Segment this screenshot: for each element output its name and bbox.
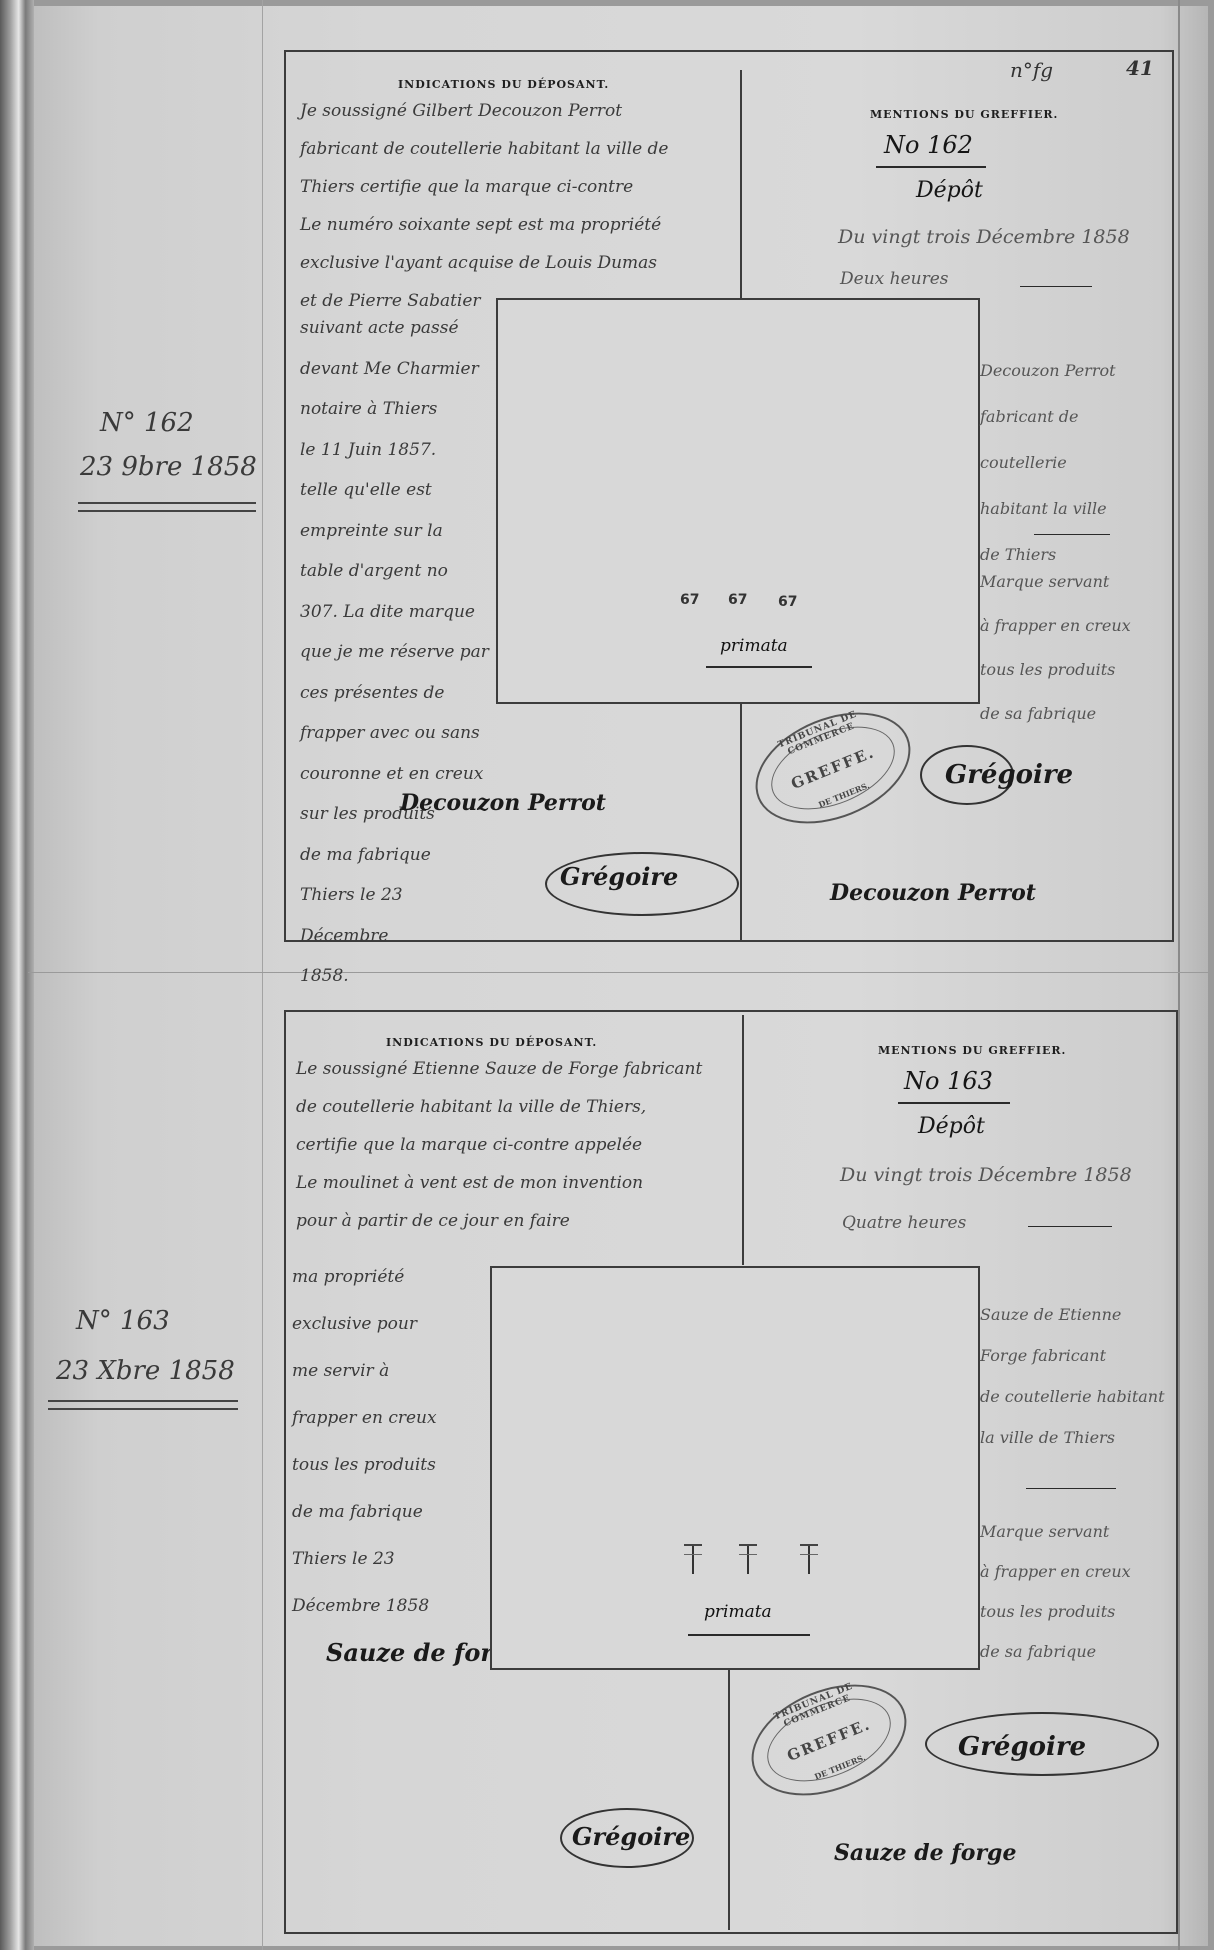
clerk-number-underline	[898, 1102, 1010, 1104]
margin-ref-rule	[78, 502, 256, 512]
trademark-box: primata	[490, 1266, 980, 1670]
clerk-entry-number: No 163	[904, 1062, 993, 1100]
right-margin-line	[1178, 0, 1180, 1950]
entry-separator	[28, 972, 1208, 973]
deposit-time: Quatre heures	[842, 1204, 966, 1242]
mark-number-1: 67	[680, 592, 699, 608]
time-rule	[1020, 286, 1092, 287]
clerk-header: MENTIONS DU GREFFIER.	[878, 1044, 1066, 1057]
clerk-section-rule	[1034, 534, 1110, 535]
mark-name: primata	[720, 636, 788, 656]
deponent-signature-right: Decouzon Perrot	[830, 880, 1036, 906]
time-rule	[1028, 1226, 1112, 1227]
column-divider-bottom	[728, 1668, 730, 1930]
clerk-number-underline	[876, 166, 986, 168]
deposit-date: Du vingt trois Décembre 1858	[840, 1156, 1132, 1194]
deponent-text-side: suivant acte passé devant Me Charmier no…	[300, 308, 490, 997]
deposit-label: Dépôt	[916, 172, 983, 210]
axe-mark-icon-3	[808, 1544, 810, 1574]
deponent-header: INDICATIONS DU DÉPOSANT.	[386, 1036, 597, 1049]
column-divider-top	[740, 70, 742, 300]
clerk-mark-usage: Marque servant à frapper en creux tous l…	[980, 560, 1170, 736]
mark-number-3: 67	[778, 594, 797, 610]
mark-name-underline	[706, 666, 812, 668]
margin-ref-date: 23 Xbre 1858	[56, 1356, 235, 1386]
deponent-text-side: ma propriété exclusive pour me servir à …	[292, 1254, 482, 1630]
deposit-time: Deux heures	[840, 260, 949, 298]
book-binding	[0, 0, 34, 1950]
deposit-date: Du vingt trois Décembre 1858	[838, 218, 1130, 256]
clerk-depositor: Sauze de Etienne Forge fabricant de cout…	[980, 1294, 1170, 1458]
clerk-depositor: Decouzon Perrot fabricant de coutellerie…	[980, 348, 1170, 578]
deponent-text-top: Le soussigné Etienne Sauze de Forge fabr…	[296, 1050, 746, 1240]
margin-ref-date: 23 9bre 1858	[80, 452, 257, 482]
clerk-entry-number: No 162	[884, 126, 973, 164]
margin-ref-number: N° 163	[76, 1306, 170, 1336]
clerk-signature-right: Grégoire	[945, 760, 1073, 790]
clerk-signature-left: Grégoire	[572, 1822, 690, 1851]
deponent-signature: Decouzon Perrot	[400, 790, 606, 816]
margin-ref-number: N° 162	[100, 408, 194, 438]
axe-mark-icon-2	[747, 1544, 749, 1574]
deponent-signature-right: Sauze de forge	[834, 1840, 1016, 1866]
clerk-signature-left: Grégoire	[560, 862, 678, 891]
mark-number-2: 67	[728, 592, 747, 608]
deponent-header: INDICATIONS DU DÉPOSANT.	[398, 78, 609, 91]
clerk-mark-usage: Marque servant à frapper en creux tous l…	[980, 1512, 1170, 1672]
axe-mark-icon-1	[692, 1544, 694, 1574]
deposit-label: Dépôt	[918, 1108, 985, 1146]
mark-name-underline	[688, 1634, 810, 1636]
margin-ref-rule	[48, 1400, 238, 1410]
deponent-text-top: Je soussigné Gilbert Decouzon Perrot fab…	[300, 92, 740, 320]
clerk-section-rule	[1026, 1488, 1116, 1489]
clerk-header: MENTIONS DU GREFFIER.	[870, 108, 1058, 121]
mark-name: primata	[704, 1602, 772, 1622]
left-margin-line	[262, 0, 263, 1950]
column-divider-bottom	[740, 700, 742, 940]
trademark-box: 67 67 67 primata	[496, 298, 980, 704]
clerk-signature-right: Grégoire	[958, 1732, 1086, 1762]
